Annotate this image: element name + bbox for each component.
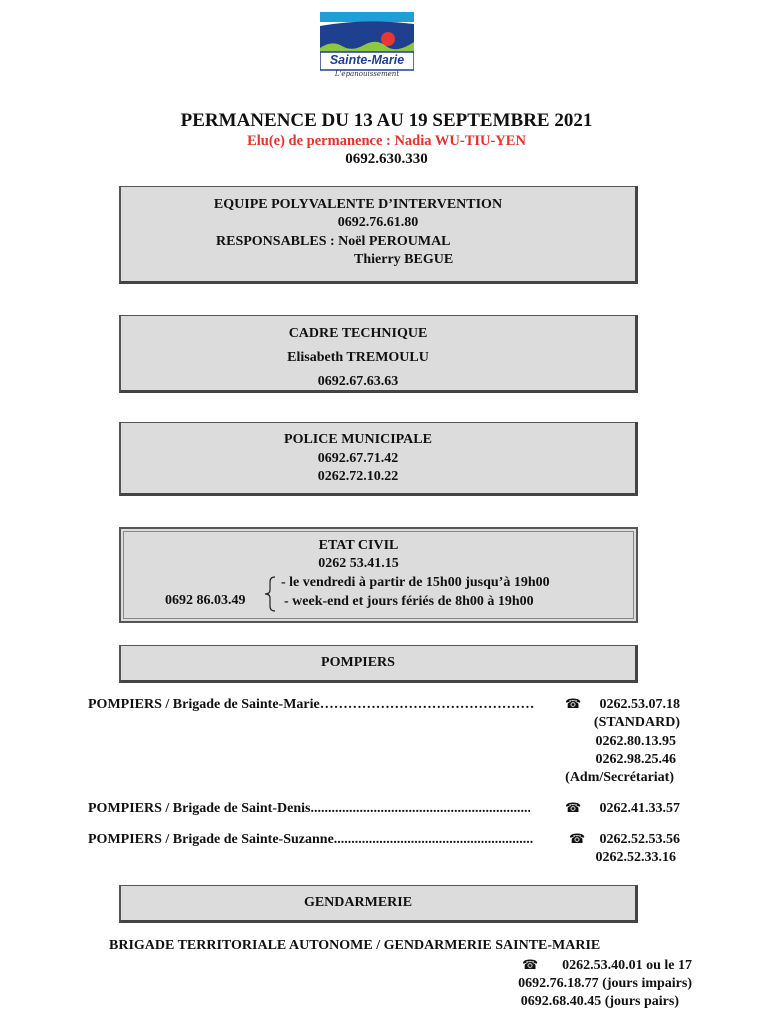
phone-icon: ☎ — [569, 832, 585, 847]
police-phone-2: 0262.72.10.22 — [101, 469, 615, 485]
logo-tagline: L'épanouissement — [320, 70, 414, 78]
pompiers-title: POMPIERS — [101, 655, 615, 671]
gendarmerie-title: GENDARMERIE — [101, 895, 615, 911]
gendarmerie-phone: 0262.53.40.01 ou le 17 — [562, 958, 692, 974]
police-phone-1: 0692.67.71.42 — [101, 451, 615, 467]
etat-civil-phone: 0262 53.41.15 — [101, 556, 616, 572]
equipe-responsables: RESPONSABLES : Noël PEROUMAL — [216, 234, 451, 250]
police-title: POLICE MUNICIPALE — [101, 432, 615, 448]
elu-permanence: Elu(e) de permanence : Nadia WU-TIU-YEN — [0, 133, 773, 150]
elu-phone: 0692.630.330 — [0, 151, 773, 168]
page-title: PERMANENCE DU 13 AU 19 SEPTEMBRE 2021 — [0, 110, 773, 132]
phone-icon: ☎ — [565, 697, 581, 712]
cadre-phone: 0692.67.63.63 — [101, 374, 615, 390]
etat-civil-title: ETAT CIVIL — [101, 538, 616, 554]
brigade-label: POMPIERS / Brigade de Sainte-Suzanne — [88, 832, 334, 847]
police-municipale-box: POLICE MUNICIPALE 0692.67.71.42 0262.72.… — [119, 422, 638, 496]
brigade-label: POMPIERS / Brigade de Saint-Denis — [88, 801, 310, 816]
brigade-sainte-marie: POMPIERS / Brigade de Sainte-Marie………………… — [88, 697, 535, 713]
brigade-saint-denis-phone: 0262.41.33.57 — [600, 801, 681, 817]
etat-civil-schedule-1: - le vendredi à partir de 15h00 jusqu’à … — [281, 575, 550, 591]
cadre-title: CADRE TECHNIQUE — [101, 326, 615, 342]
cadre-name: Elisabeth TREMOULU — [101, 350, 615, 366]
brigade-sainte-suzanne-phone: 0262.52.53.56 — [600, 832, 681, 848]
logo-name: Sainte-Marie — [320, 53, 414, 67]
leader-dots: ………………………………………………………………………………… — [320, 697, 535, 713]
brace-icon — [264, 576, 276, 612]
sainte-marie-logo: Sainte-Marie L'épanouissement — [320, 12, 414, 82]
brigade-sainte-marie-standard: (STANDARD) — [594, 715, 680, 731]
pompiers-box: POMPIERS — [119, 645, 638, 683]
brigade-sainte-marie-phone: 0262.53.07.18 — [600, 697, 681, 713]
equipe-title: EQUIPE POLYVALENTE D’INTERVENTION — [101, 197, 615, 213]
brigade-label: POMPIERS / Brigade de Sainte-Marie — [88, 697, 320, 712]
equipe-box: EQUIPE POLYVALENTE D’INTERVENTION 0692.7… — [119, 186, 638, 284]
phone-icon: ☎ — [522, 958, 538, 973]
etat-civil-schedule-2: - week-end et jours fériés de 8h00 à 19h… — [284, 594, 534, 610]
gendarmerie-mobile-impairs: 0692.76.18.77 (jours impairs) — [518, 976, 692, 992]
etat-civil-mobile: 0692 86.03.49 — [165, 593, 246, 609]
gendarmerie-mobile-pairs: 0692.68.40.45 (jours pairs) — [521, 994, 679, 1010]
gendarmerie-brigade: BRIGADE TERRITORIALE AUTONOME / GENDARME… — [109, 938, 600, 954]
equipe-responsable-2: Thierry BEGUE — [354, 252, 453, 268]
brigade-saint-denis: POMPIERS / Brigade de Saint-Denis.......… — [88, 801, 530, 817]
brigade-sainte-marie-phone-3: 0262.98.25.46 — [596, 752, 677, 768]
leader-dots: ........................................… — [310, 801, 530, 817]
leader-dots: ........................................… — [334, 832, 534, 848]
gendarmerie-box: GENDARMERIE — [119, 885, 638, 923]
brigade-sainte-suzanne: POMPIERS / Brigade de Sainte-Suzanne ...… — [88, 832, 534, 848]
equipe-phone: 0692.76.61.80 — [121, 215, 635, 231]
brigade-sainte-marie-phone-2: 0262.80.13.95 — [596, 734, 677, 750]
phone-icon: ☎ — [565, 801, 581, 816]
cadre-technique-box: CADRE TECHNIQUE Elisabeth TREMOULU 0692.… — [119, 315, 638, 393]
etat-civil-box: ETAT CIVIL 0262 53.41.15 0692 86.03.49 -… — [119, 527, 638, 623]
brigade-sainte-marie-adm: (Adm/Secrétariat) — [565, 770, 674, 786]
brigade-sainte-suzanne-phone-2: 0262.52.33.16 — [596, 850, 677, 866]
